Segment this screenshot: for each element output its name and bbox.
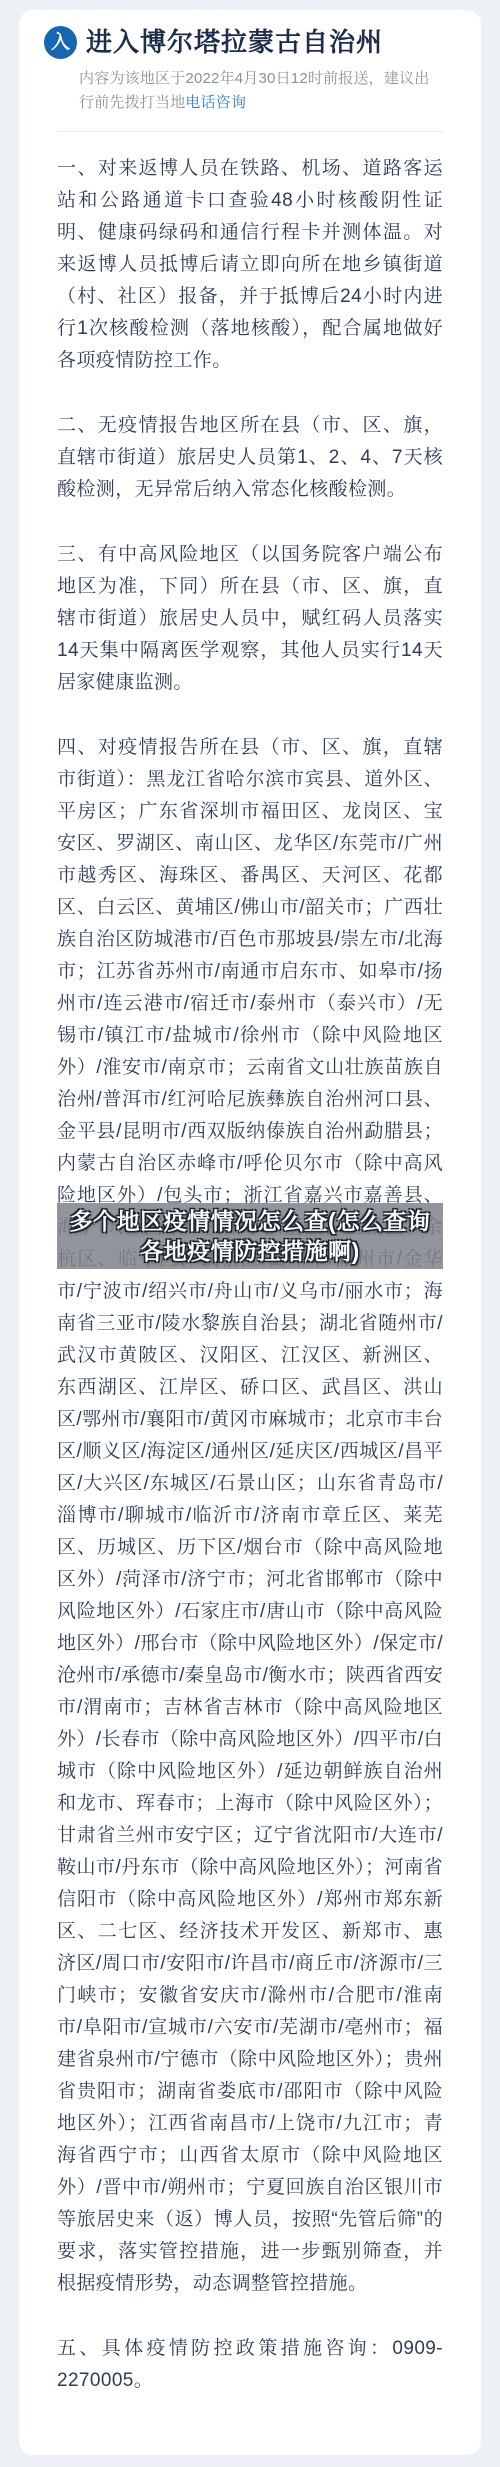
page-title: 进入博尔塔拉蒙古自治州	[86, 25, 383, 59]
caption-overlay: 多个地区疫情情况怎么查(怎么查询各地疫情防控措施啊)	[57, 1203, 443, 1269]
enter-icon: 入	[44, 26, 77, 59]
caption-overlay-text: 多个地区疫情情况怎么查(怎么查询各地疫情防控措施啊)	[63, 1206, 437, 1266]
phone-consult-link[interactable]: 电话咨询	[185, 94, 246, 111]
section-1-paragraph: 一、对来返博人员在铁路、机场、道路客运站和公路通道卡口查验48小时核酸阴性证明、…	[57, 153, 443, 377]
section-3-paragraph: 三、有中高风险地区（以国务院客户端公布地区为准，下同）所在县（市、区、旗，直辖市…	[57, 539, 443, 699]
card-header: 入 进入博尔塔拉蒙古自治州	[44, 25, 443, 59]
header-divider	[57, 131, 443, 132]
report-note: 内容为该地区于2022年4月30日12时前报送，建议出行前先拨打当地电话咨询	[79, 67, 443, 115]
report-note-text: 内容为该地区于2022年4月30日12时前报送，建议出行前先拨打当地	[79, 70, 429, 111]
policy-card: 入 进入博尔塔拉蒙古自治州 内容为该地区于2022年4月30日12时前报送，建议…	[19, 10, 481, 2455]
section-5-paragraph: 五、具体疫情防控政策措施咨询：0909-2270005。	[57, 2333, 443, 2397]
section-2-paragraph: 二、无疫情报告地区所在县（市、区、旗，直辖市街道）旅居史人员第1、2、4、7天核…	[57, 410, 443, 506]
section-4-paragraph: 四、对疫情报告所在县（市、区、旗，直辖市街道）：黑龙江省哈尔滨市宾县、道外区、平…	[57, 732, 443, 2300]
